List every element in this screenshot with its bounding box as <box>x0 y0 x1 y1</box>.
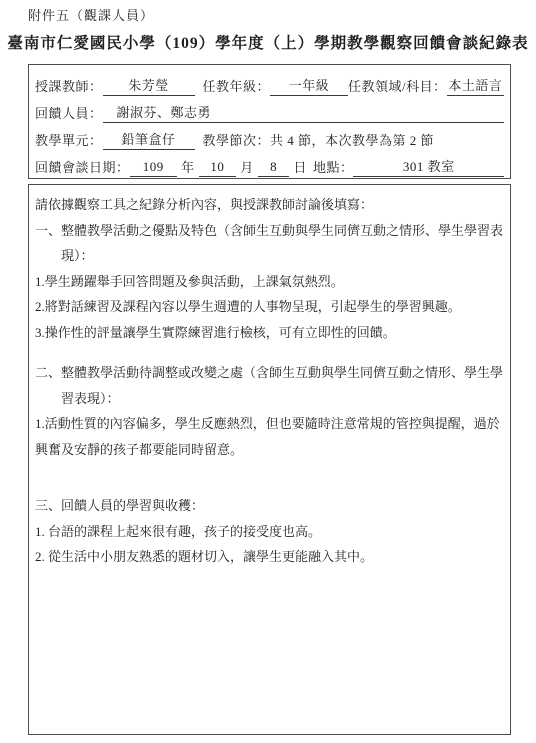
meeting-date-row: 回饋會談日期： 109 年 10 月 8 日 地點： 301 教室 <box>35 150 504 177</box>
feedback-staff-field: 謝淑芬、鄭志勇 <box>103 103 504 123</box>
location-field: 301 教室 <box>353 157 504 177</box>
meeting-date-label: 回饋會談日期： <box>35 158 130 177</box>
meeting-month-field: 10 <box>199 157 237 177</box>
section2-heading: 二、整體教學活動待調整或改變之處（含師生互動與學生同儕互動之情形、學生學習表現）… <box>35 360 504 411</box>
subject-label: 任教領域/科目： <box>348 77 447 96</box>
teacher-field: 朱芳瑩 <box>103 76 195 96</box>
unit-field: 鉛筆盒仔 <box>103 130 195 150</box>
day-suffix: 日 <box>293 158 307 177</box>
sessions-label: 教學節次： <box>203 131 271 150</box>
sessions-value: 共 4 節，本次教學為第 2 節 <box>270 131 434 150</box>
header-info-box: 授課教師： 朱芳瑩 任教年級： 一年級 任教領域/科目： 本土語言 回饋人員： … <box>28 64 511 179</box>
teacher-label: 授課教師： <box>35 77 103 96</box>
section2-item: 1.活動性質的內容偏多，學生反應熱烈，但也要隨時注意常規的管控與提醒，過於興奮及… <box>35 411 504 462</box>
attachment-label: 附件五（觀課人員） <box>28 0 536 24</box>
section1-item: 3.操作性的評量讓學生實際練習進行檢核，可有立即性的回饋。 <box>35 320 504 346</box>
section3-item: 2. 從生活中小朋友熟悉的題材切入，讓學生更能融入其中。 <box>35 544 504 570</box>
document-title: 臺南市仁愛國民小學（109）學年度（上）學期教學觀察回饋會談紀錄表 <box>0 31 536 53</box>
month-suffix: 月 <box>240 158 254 177</box>
document-page: 附件五（觀課人員） 臺南市仁愛國民小學（109）學年度（上）學期教學觀察回饋會談… <box>0 0 536 743</box>
section1-item: 1.學生踴躍舉手回答問題及參與活動，上課氣氛熱烈。 <box>35 269 504 295</box>
grade-label: 任教年級： <box>203 77 271 96</box>
grade-field: 一年級 <box>270 76 348 96</box>
feedback-staff-row: 回饋人員： 謝淑芬、鄭志勇 <box>35 96 504 123</box>
section1-item: 2.將對話練習及課程內容以學生週遭的人事物呈現，引起學生的學習興趣。 <box>35 294 504 320</box>
unit-label: 教學單元： <box>35 131 103 150</box>
subject-field: 本土語言 <box>447 76 504 96</box>
section3-item: 1. 台語的課程上起來很有趣，孩子的接受度也高。 <box>35 519 504 545</box>
year-suffix: 年 <box>181 158 195 177</box>
discussion-notes-box: 請依據觀察工具之紀錄分析內容，與授課教師討論後填寫： 一、整體教學活動之優點及特… <box>28 184 511 735</box>
meeting-year-field: 109 <box>130 157 178 177</box>
location-label: 地點： <box>313 158 354 177</box>
feedback-staff-label: 回饋人員： <box>35 104 103 123</box>
teaching-unit-row: 教學單元： 鉛筆盒仔 教學節次： 共 4 節，本次教學為第 2 節 <box>35 123 504 150</box>
teacher-row: 授課教師： 朱芳瑩 任教年級： 一年級 任教領域/科目： 本土語言 <box>35 69 504 96</box>
intro-line: 請依據觀察工具之紀錄分析內容，與授課教師討論後填寫： <box>35 192 504 218</box>
section1-heading: 一、整體教學活動之優點及特色（含師生互動與學生同儕互動之情形、學生學習表現）： <box>35 218 504 269</box>
meeting-day-field: 8 <box>258 157 290 177</box>
section3-heading: 三、回饋人員的學習與收穫： <box>35 493 504 519</box>
